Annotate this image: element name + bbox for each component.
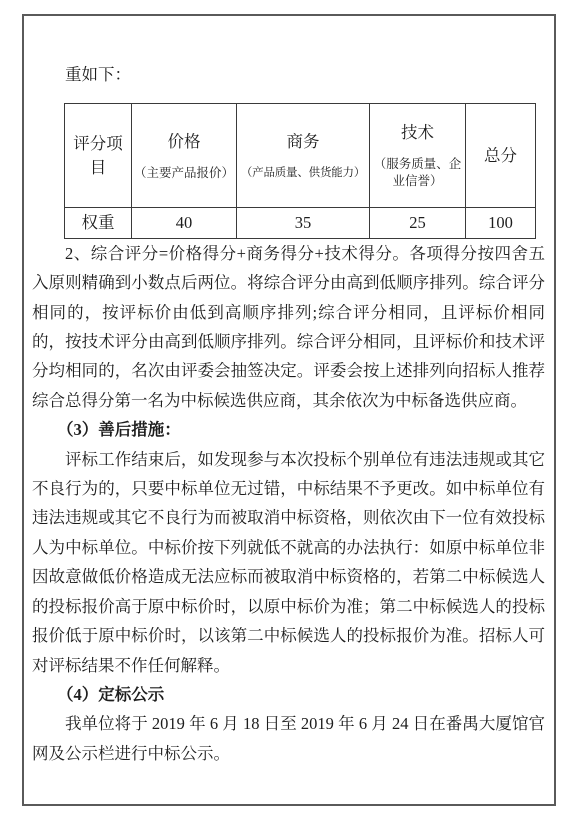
header-cell-commerce: 商务 （产品质量、供货能力） — [237, 104, 370, 208]
award-publicity-paragraph: 我单位将于 2019 年 6 月 18 日至 2019 年 6 月 24 日在番… — [32, 709, 545, 768]
document-body: 重如下： 评分项目 价格 （主要产品报价） — [32, 60, 545, 768]
price-header-label: 价格 — [134, 130, 234, 154]
weight-commerce-value: 35 — [295, 213, 312, 232]
weight-row-label-cell: 权重 — [65, 208, 132, 238]
scoring-weight-table: 评分项目 价格 （主要产品报价） 商务 （产品质量、供货能力） 技术 （服务质量… — [64, 103, 536, 238]
table-weight-row: 权重 40 35 25 100 — [65, 208, 536, 238]
intro-line: 重如下： — [32, 60, 545, 89]
weight-price-value: 40 — [176, 213, 193, 232]
weight-row-label: 权重 — [82, 213, 115, 232]
header-cell-total: 总分 — [466, 104, 536, 208]
technical-header-label: 技术 — [372, 121, 463, 145]
document-page-frame: 重如下： 评分项目 价格 （主要产品报价） — [22, 14, 556, 806]
score-item-header-label: 评分项目 — [67, 132, 129, 180]
commerce-header-sub-label: （产品质量、供货能力） — [239, 165, 367, 183]
total-header-label: 总分 — [468, 144, 533, 168]
scoring-method-paragraph: 2、综合评分=价格得分+商务得分+技术得分。各项得分按四舍五入原则精确到小数点后… — [32, 239, 545, 415]
aftermath-section-heading: （3）善后措施： — [32, 415, 545, 444]
weight-total-cell: 100 — [466, 208, 536, 238]
header-cell-price: 价格 （主要产品报价） — [132, 104, 237, 208]
weight-total-value: 100 — [488, 213, 513, 232]
weight-price-cell: 40 — [132, 208, 237, 238]
aftermath-paragraph: 评标工作结束后，如发现参与本次投标个别单位有违法违规或其它不良行为的，只要中标单… — [32, 445, 545, 680]
header-cell-score-item: 评分项目 — [65, 104, 132, 208]
weight-technical-value: 25 — [409, 213, 426, 232]
commerce-header-label: 商务 — [239, 130, 367, 154]
technical-header-sub-label: （服务质量、企业信誉） — [372, 156, 463, 191]
weight-technical-cell: 25 — [370, 208, 466, 238]
price-header-sub-label: （主要产品报价） — [134, 165, 234, 183]
table-header-row: 评分项目 价格 （主要产品报价） 商务 （产品质量、供货能力） 技术 （服务质量… — [65, 104, 536, 208]
header-cell-technical: 技术 （服务质量、企业信誉） — [370, 104, 466, 208]
award-publicity-heading: （4）定标公示 — [32, 680, 545, 709]
weight-commerce-cell: 35 — [237, 208, 370, 238]
